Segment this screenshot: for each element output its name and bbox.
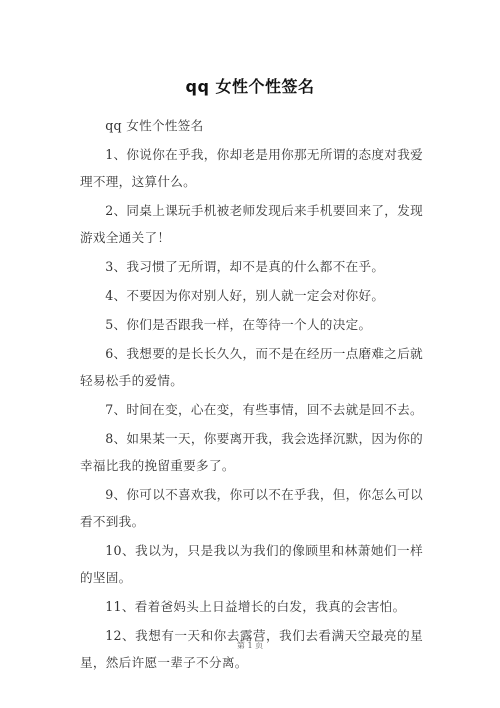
- document-title: qq 女性个性签名: [0, 74, 500, 97]
- list-item: 6、我想要的是长长久久，而不是在经历一点磨难之后就轻易松手的爱情。: [80, 340, 423, 394]
- list-item: 5、你们是否跟我一样，在等待一个人的决定。: [80, 311, 423, 338]
- document-body: qq 女性个性签名 1、你说你在乎我，你却老是用你那无所谓的态度对我爱理不理，这…: [80, 112, 423, 678]
- list-item: 10、我以为，只是我以为我们的像顾里和林萧她们一样的坚固。: [80, 537, 423, 591]
- list-item: 9、你可以不喜欢我，你可以不在乎我，但，你怎么可以看不到我。: [80, 481, 423, 535]
- list-item: 11、看着爸妈头上日益增长的白发，我真的会害怕。: [80, 593, 423, 620]
- list-item: 3、我习惯了无所谓，却不是真的什么都不在乎。: [80, 253, 423, 280]
- list-item: 1、你说你在乎我，你却老是用你那无所谓的态度对我爱理不理，这算什么。: [80, 141, 423, 195]
- document-subtitle: qq 女性个性签名: [80, 112, 423, 139]
- document-page: qq 女性个性签名 qq 女性个性签名 1、你说你在乎我，你却老是用你那无所谓的…: [0, 0, 500, 708]
- list-item: 2、同桌上课玩手机被老师发现后来手机要回来了，发现游戏全通关了！: [80, 197, 423, 251]
- list-item: 7、时间在变，心在变，有些事情，回不去就是回不去。: [80, 396, 423, 423]
- list-item: 4、不要因为你对别人好，别人就一定会对你好。: [80, 282, 423, 309]
- list-item: 8、如果某一天，你要离开我，我会选择沉默，因为你的幸福比我的挽留重要多了。: [80, 425, 423, 479]
- page-number: 第 1 页: [0, 640, 500, 651]
